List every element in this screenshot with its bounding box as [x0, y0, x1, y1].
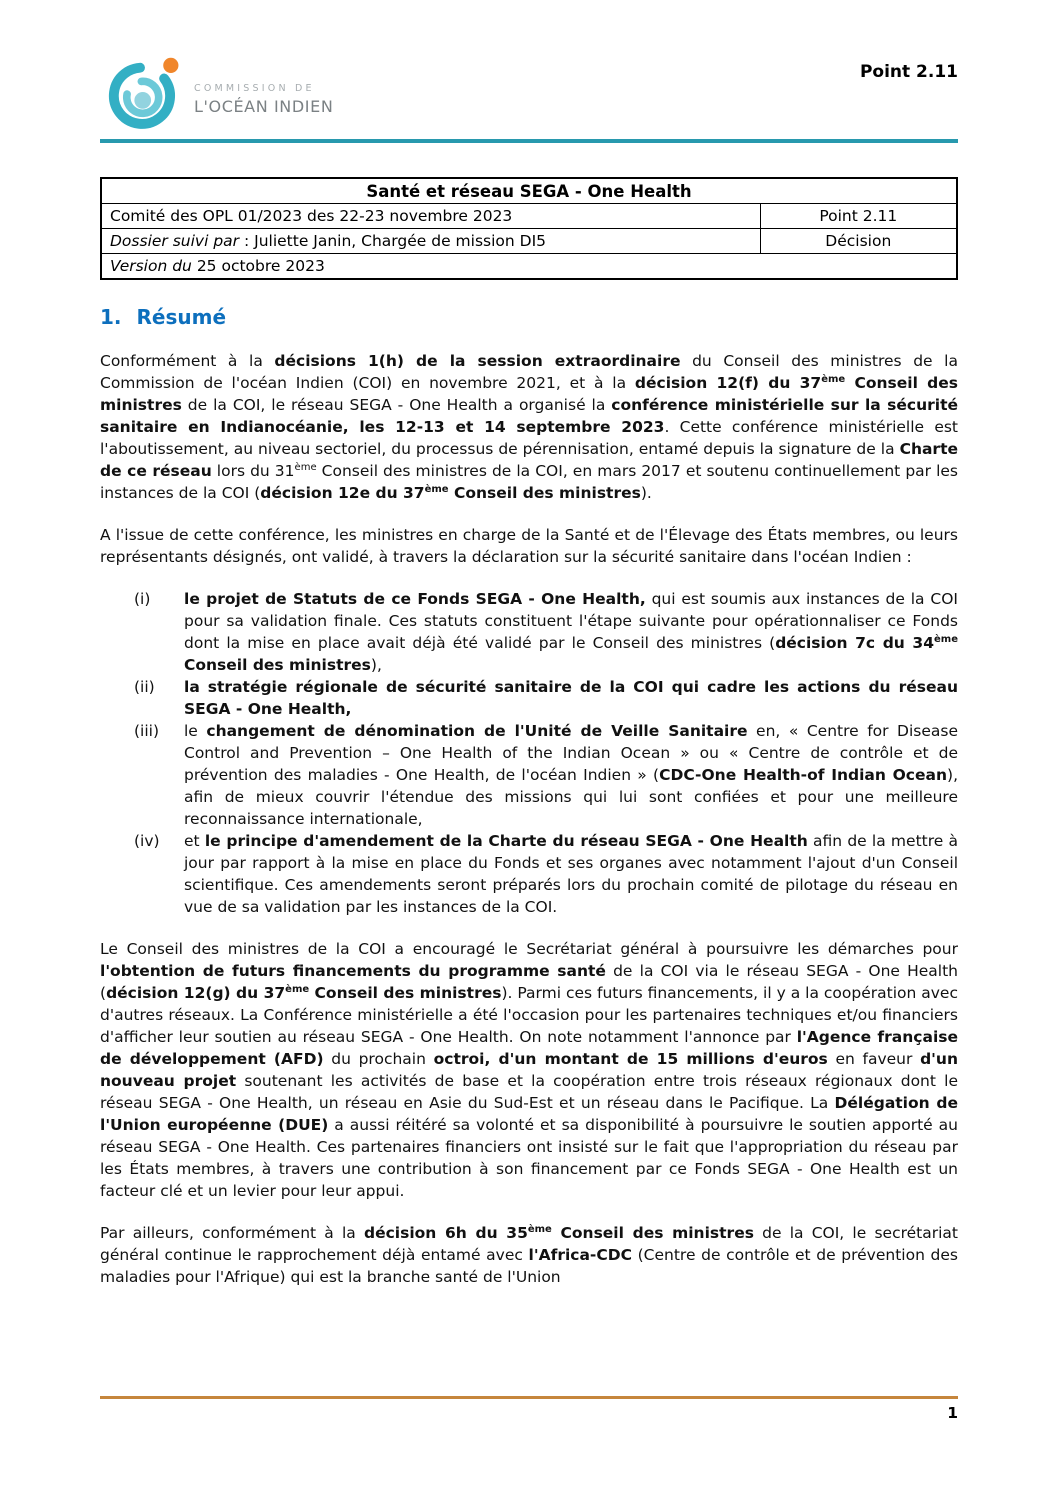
table-row: Version du 25 octobre 2023 — [101, 254, 957, 280]
table-cell-version: Version du 25 octobre 2023 — [101, 254, 957, 280]
paragraph: Le Conseil des ministres de la COI a enc… — [100, 938, 958, 1202]
text-run: ). — [641, 484, 652, 502]
text-run: le projet de Statuts de ce Fonds SEGA - … — [184, 590, 646, 608]
text-run: l'Africa-CDC — [529, 1246, 632, 1264]
table-cell-comite: Comité des OPL 01/2023 des 22-23 novembr… — [101, 204, 760, 229]
text-run: décision 6h du 35 — [364, 1224, 528, 1242]
text-run: l'obtention de futurs financements du pr… — [100, 962, 606, 980]
text-run: Conseil des ministres — [552, 1224, 754, 1242]
version-value: 25 octobre 2023 — [192, 257, 325, 275]
list-item-text: le changement de dénomination de l'Unité… — [184, 720, 958, 830]
table-row: Dossier suivi par : Juliette Janin, Char… — [101, 229, 957, 254]
paragraph: Conformément à la décisions 1(h) de la s… — [100, 350, 958, 504]
text-run: ème — [285, 984, 309, 995]
table-row: Comité des OPL 01/2023 des 22-23 novembr… — [101, 204, 957, 229]
section-title: Résumé — [137, 305, 227, 329]
text-run: la stratégie régionale de sécurité sanit… — [184, 678, 958, 718]
header-point-label: Point 2.11 — [860, 62, 958, 82]
list-marker: (iv) — [134, 830, 184, 918]
text-run: Conseil des ministres — [309, 984, 501, 1002]
list-item-text: le projet de Statuts de ce Fonds SEGA - … — [184, 588, 958, 676]
paragraph: A l'issue de cette conférence, les minis… — [100, 524, 958, 568]
text-run: décision 12e du 37 — [260, 484, 424, 502]
dossier-value: : Juliette Janin, Chargée de mission DI5 — [239, 232, 546, 250]
section-number: 1. — [100, 305, 122, 329]
text-run: lors du 31 — [212, 462, 295, 480]
text-run: le principe d'amendement de la Charte du… — [205, 832, 808, 850]
text-run: octroi, d'un montant de 15 millions d'eu… — [434, 1050, 828, 1068]
list-item-text: et le principe d'amendement de la Charte… — [184, 830, 958, 918]
document-content: Santé et réseau SEGA - One Health Comité… — [100, 177, 958, 1308]
text-run: de la COI, le réseau SEGA - One Health a… — [182, 396, 611, 414]
roman-numeral-list: (i)le projet de Statuts de ce Fonds SEGA… — [100, 588, 958, 918]
text-run: changement de dénomination de l'Unité de… — [206, 722, 747, 740]
list-item-text: la stratégie régionale de sécurité sanit… — [184, 676, 958, 720]
logo-line2: L'OCÉAN INDIEN — [194, 97, 333, 116]
text-run: Le Conseil des ministres de la COI a enc… — [100, 940, 958, 958]
text-run: ème — [295, 462, 317, 473]
table-cell-decision: Décision — [760, 229, 957, 254]
table-cell-dossier: Dossier suivi par : Juliette Janin, Char… — [101, 229, 760, 254]
version-label: Version du — [110, 257, 192, 275]
text-run: A l'issue de cette conférence, les minis… — [100, 526, 958, 566]
list-item: (iv)et le principe d'amendement de la Ch… — [100, 830, 958, 918]
text-run: décisions 1(h) de la session extraordina… — [274, 352, 680, 370]
document-body: Conformément à la décisions 1(h) de la s… — [100, 350, 958, 1288]
list-item: (i)le projet de Statuts de ce Fonds SEGA… — [100, 588, 958, 676]
text-run: le — [184, 722, 206, 740]
text-run: décision 12(g) du 37 — [106, 984, 285, 1002]
document-page: COMMISSION DE L'OCÉAN INDIEN Point 2.11 … — [0, 0, 1058, 1497]
footer-divider — [100, 1396, 958, 1399]
coi-logo-icon — [106, 54, 184, 130]
list-item: (iii)le changement de dénomination de l'… — [100, 720, 958, 830]
table-title: Santé et réseau SEGA - One Health — [101, 178, 957, 204]
list-item: (ii)la stratégie régionale de sécurité s… — [100, 676, 958, 720]
text-run: décision 7c du 34 — [775, 634, 934, 652]
text-run: ), — [371, 656, 382, 674]
list-marker: (ii) — [134, 676, 184, 720]
text-run: en faveur — [828, 1050, 920, 1068]
logo-line1: COMMISSION DE — [194, 83, 333, 94]
coi-logo-text: COMMISSION DE L'OCÉAN INDIEN — [194, 69, 333, 116]
text-run: du prochain — [324, 1050, 434, 1068]
text-run: et — [184, 832, 205, 850]
text-run: Conseil des ministres — [184, 656, 371, 674]
table-row: Santé et réseau SEGA - One Health — [101, 178, 957, 204]
paragraph: Par ailleurs, conformément à la décision… — [100, 1222, 958, 1288]
text-run: ème — [528, 1224, 552, 1235]
text-run: ème — [425, 484, 449, 495]
text-run: Conseil des ministres — [449, 484, 641, 502]
text-run: Conformément à la — [100, 352, 274, 370]
list-marker: (i) — [134, 588, 184, 676]
header-divider — [100, 139, 958, 143]
info-table: Santé et réseau SEGA - One Health Comité… — [100, 177, 958, 280]
dossier-label: Dossier suivi par — [110, 232, 239, 250]
list-marker: (iii) — [134, 720, 184, 830]
text-run: CDC-One Health-of Indian Ocean — [659, 766, 947, 784]
text-run: ème — [821, 374, 845, 385]
text-run: ème — [934, 634, 958, 645]
coi-logo: COMMISSION DE L'OCÉAN INDIEN — [106, 54, 333, 130]
section-heading: 1.Résumé — [100, 305, 958, 329]
table-cell-point: Point 2.11 — [760, 204, 957, 229]
text-run: Par ailleurs, conformément à la — [100, 1224, 364, 1242]
text-run: décision 12(f) du 37 — [635, 374, 821, 392]
page-number: 1 — [947, 1404, 958, 1422]
